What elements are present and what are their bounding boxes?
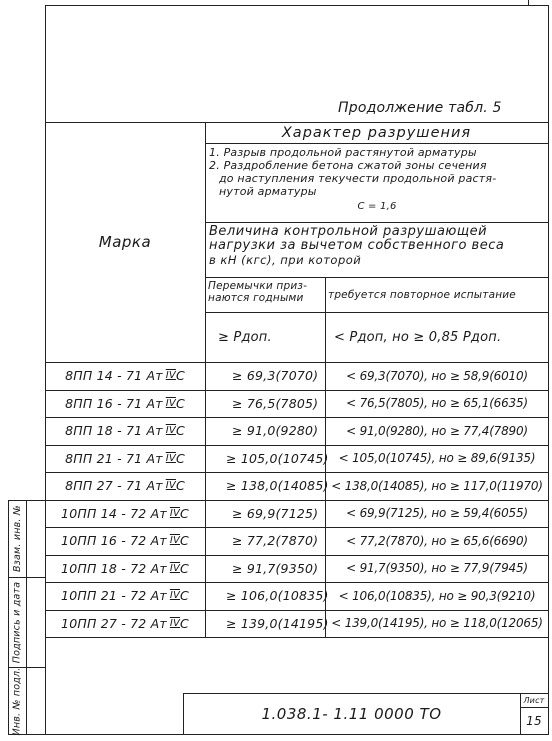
steel-class: IV xyxy=(166,480,176,491)
steel-class: IV xyxy=(170,508,180,519)
cell-acceptable: ≥ 91,7(9350) xyxy=(232,555,328,583)
steel-class: IV xyxy=(170,535,180,546)
continuation-label: Продолжение табл. 5 xyxy=(338,100,502,116)
sub-header-acceptable: Перемычки приз- наются годными xyxy=(208,280,324,304)
cell-retest: < 91,7(9350), но ≥ 77,9(7945) xyxy=(325,555,549,583)
failure-item-2-cont2: нутой арматуры xyxy=(209,185,545,198)
sub-header-retest: требуется повторное испытание xyxy=(328,277,548,312)
cell-retest: < 77,2(7870), но ≥ 65,6(6690) xyxy=(325,527,549,555)
steel-class: IV xyxy=(166,398,176,409)
load-header: Величина контрольной разрушающей нагрузк… xyxy=(209,225,545,267)
row-divider xyxy=(45,637,549,638)
coefficient: С = 1,6 xyxy=(209,200,545,213)
failure-header: Характер разрушения xyxy=(205,122,548,143)
sheet-label: Лист xyxy=(520,694,548,707)
cell-marka: 8ПП 21 - 71 АтIVС xyxy=(45,445,205,473)
side-stamp-div1 xyxy=(8,577,45,578)
cell-marka: 10ПП 16 - 72 АтIVС xyxy=(45,527,205,555)
cell-acceptable: ≥ 91,0(9280) xyxy=(232,417,328,445)
failure-item-1: 1. Разрыв продольной растянутой арматуры xyxy=(209,146,545,159)
top-tick xyxy=(528,0,529,6)
cell-marka: 8ПП 16 - 71 АтIVС xyxy=(45,390,205,418)
cell-acceptable: ≥ 139,0(14195) xyxy=(226,610,322,638)
failure-list-line xyxy=(205,222,549,223)
cell-retest: < 69,9(7125), но ≥ 59,4(6055) xyxy=(325,500,549,528)
side-field-inventory: Инв. № подл. xyxy=(0,692,50,710)
cell-marka: 8ПП 27 - 71 АтIVС xyxy=(45,472,205,500)
criterion-retest: < Рдоп, но ≥ 0,85 Рдоп. xyxy=(334,312,548,362)
cell-acceptable: ≥ 105,0(10745) xyxy=(226,445,322,473)
side-field-signature: Подпись и дата xyxy=(0,613,62,631)
steel-class: IV xyxy=(166,370,176,381)
cell-retest: < 105,0(10745), но ≥ 89,6(9135) xyxy=(325,445,549,473)
cell-retest: < 139,0(14195), но ≥ 118,0(12065) xyxy=(325,610,549,638)
document-code: 1.038.1- 1.11 0000 ТО xyxy=(183,693,520,734)
steel-class: IV xyxy=(170,618,180,629)
failure-item-2: 2. Раздробление бетона сжатой зоны сечен… xyxy=(209,159,545,172)
cell-acceptable: ≥ 138,0(14085) xyxy=(226,472,322,500)
sheet-number: 15 xyxy=(520,707,548,734)
cell-marka: 8ПП 14 - 71 АтIVС xyxy=(45,362,205,390)
steel-class: IV xyxy=(166,425,176,436)
cell-acceptable: ≥ 69,9(7125) xyxy=(232,500,328,528)
cell-retest: < 91,0(9280), но ≥ 77,4(7890) xyxy=(325,417,549,445)
steel-class: IV xyxy=(170,563,180,574)
failure-item-2-cont: до наступления текучести продольной раст… xyxy=(209,172,545,185)
cell-acceptable: ≥ 76,5(7805) xyxy=(232,390,328,418)
cell-marka: 10ПП 18 - 72 АтIVС xyxy=(45,555,205,583)
criterion-acceptable: ≥ Рдоп. xyxy=(218,312,325,362)
marka-column-divider xyxy=(205,122,206,637)
cell-acceptable: ≥ 106,0(10835) xyxy=(226,582,322,610)
cell-marka: 10ПП 21 - 72 АтIVС xyxy=(45,582,205,610)
cell-retest: < 106,0(10835), но ≥ 90,3(9210) xyxy=(325,582,549,610)
cell-marka: 10ПП 14 - 72 АтIVС xyxy=(45,500,205,528)
marka-header: Марка xyxy=(45,122,205,362)
side-field-replacement: Взам. инв. № xyxy=(0,529,56,547)
cell-retest: < 69,3(7070), но ≥ 58,9(6010) xyxy=(325,362,549,390)
steel-class: IV xyxy=(170,590,180,601)
cell-acceptable: ≥ 69,3(7070) xyxy=(232,362,328,390)
frame-top xyxy=(45,5,549,6)
steel-class: IV xyxy=(166,453,176,464)
cell-acceptable: ≥ 77,2(7870) xyxy=(232,527,328,555)
failure-header-line xyxy=(205,143,549,144)
side-stamp-top xyxy=(8,500,45,501)
cell-retest: < 138,0(14085), но ≥ 117,0(11970) xyxy=(325,472,549,500)
cell-marka: 8ПП 18 - 71 АтIVС xyxy=(45,417,205,445)
cell-marka: 10ПП 27 - 72 АтIVС xyxy=(45,610,205,638)
cell-retest: < 76,5(7805), но ≥ 65,1(6635) xyxy=(325,390,549,418)
failure-list: 1. Разрыв продольной растянутой арматуры… xyxy=(209,146,545,213)
frame-bottom xyxy=(8,734,549,735)
